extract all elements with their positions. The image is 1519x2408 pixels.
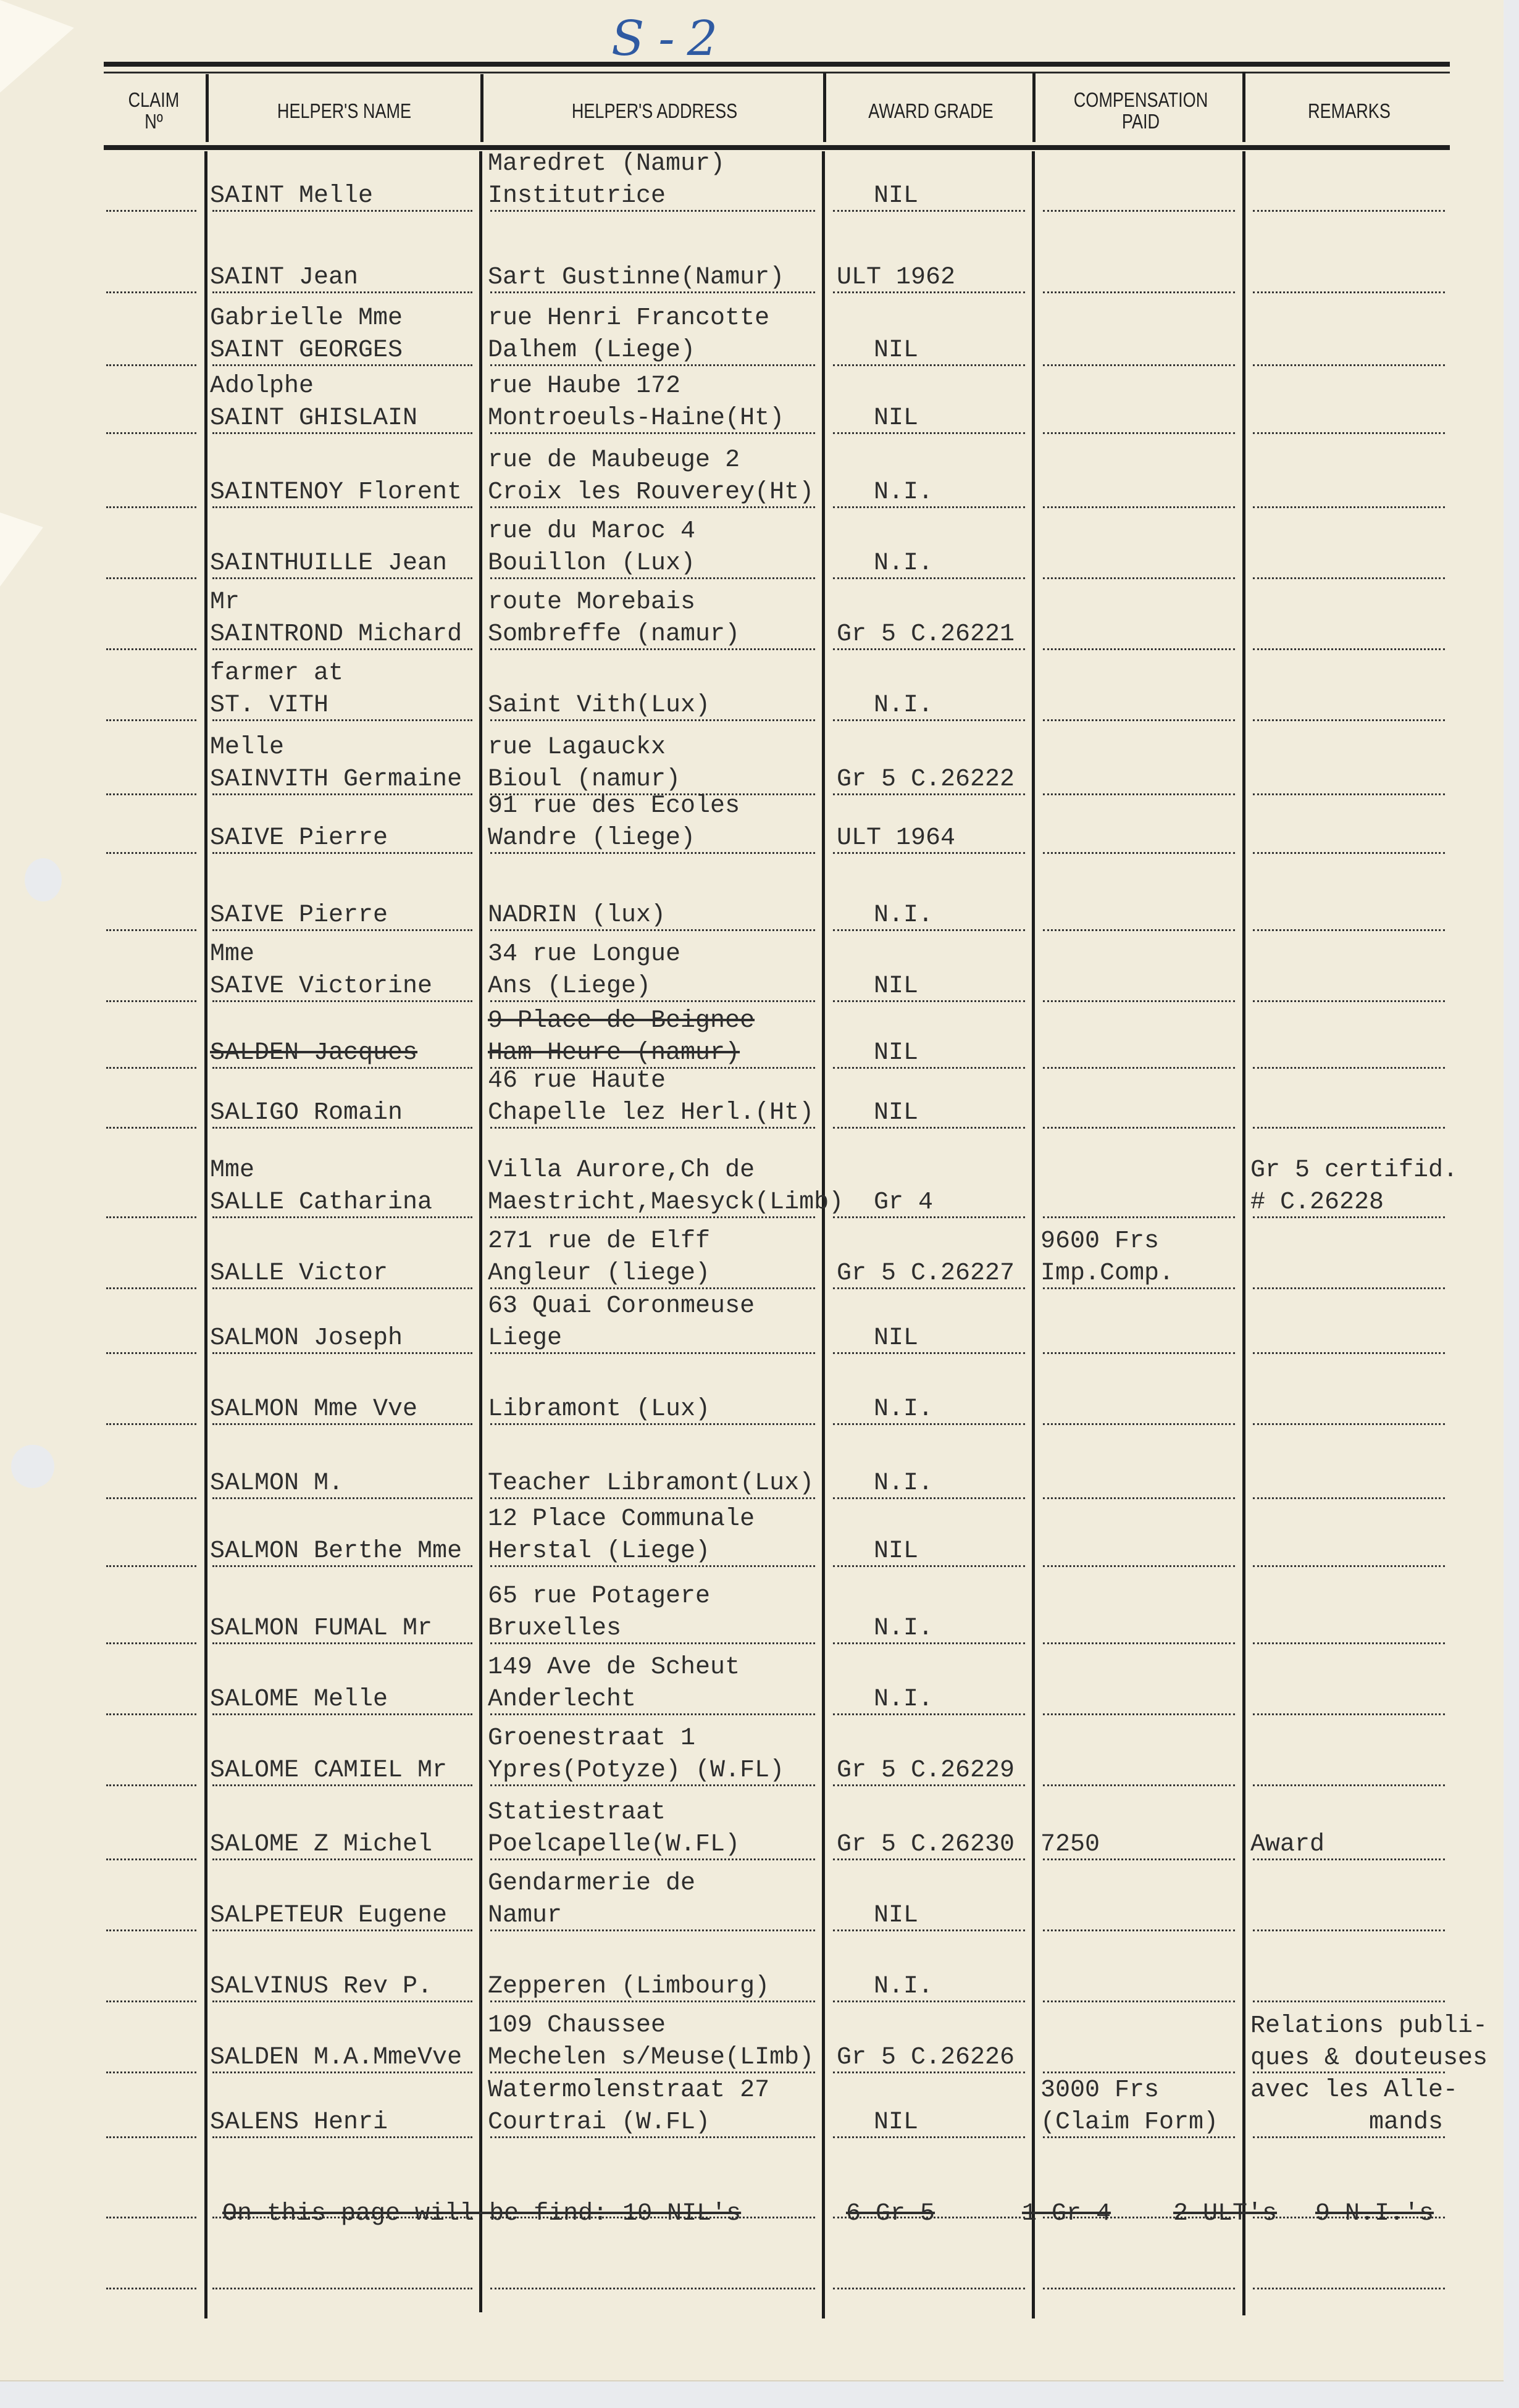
row-rule: [1253, 1929, 1445, 1931]
row-rule: [106, 1565, 196, 1567]
cell-address: Libramont (Lux): [488, 1394, 710, 1426]
column-divider: [479, 151, 482, 2312]
cell-award: N.I.: [874, 1613, 933, 1645]
header-divider: [480, 74, 483, 142]
header-helpers-address: HELPER'S ADDRESS: [516, 77, 794, 145]
row-rule: [106, 2071, 196, 2073]
row-rule: [1043, 1127, 1235, 1129]
summary-ult: 2 ULT's: [1173, 2198, 1277, 2230]
row-rule: [106, 1929, 196, 1931]
cell-address: route Morebais Sombreffe (namur): [488, 587, 740, 651]
row-rule: [106, 1423, 196, 1425]
cell-name: SALMON Joseph: [210, 1323, 403, 1355]
cell-award: N.I.: [874, 477, 933, 509]
row-rule: [1043, 291, 1235, 293]
punch-hole-2: [11, 1445, 54, 1488]
row-rule: [833, 1929, 1025, 1931]
header-divider: [823, 73, 826, 142]
cell-name: SALVINUS Rev P.: [210, 1971, 432, 2003]
cell-name: Gabrielle Mme SAINT GEORGES: [210, 303, 403, 367]
cell-address: 65 rue Potagere Bruxelles: [488, 1581, 710, 1645]
cell-name: Mme SAIVE Victorine: [210, 939, 432, 1003]
cell-award: Gr 5 C.26230: [837, 1829, 1015, 1861]
cell-name: SALMON Berthe Mme: [210, 1536, 462, 1568]
row-rule: [106, 2136, 196, 2138]
cell-address: 149 Ave de Scheut Anderlecht: [488, 1652, 740, 1716]
row-rule: [106, 291, 196, 293]
row-rule: [1043, 1216, 1235, 1218]
row-rule: [1253, 1565, 1445, 1567]
cell-name: Adolphe SAINT GHISLAIN: [210, 370, 417, 435]
header-remarks: REMARKS: [1266, 77, 1433, 145]
row-rule: [106, 1497, 196, 1499]
row-rule: [106, 210, 196, 212]
cell-name: SALENS Henri: [210, 2107, 388, 2139]
column-divider: [822, 151, 825, 2318]
cell-award: NIL: [874, 2107, 918, 2139]
cell-address: Maredret (Namur) Institutrice: [488, 148, 725, 212]
header-helpers-name: HELPER'S NAME: [232, 77, 457, 145]
cell-name: SALOME Melle: [210, 1684, 388, 1716]
row-rule: [106, 1067, 196, 1069]
row-rule: [833, 364, 1025, 366]
bottom-rule: [1043, 2288, 1235, 2289]
row-rule: [833, 210, 1025, 212]
bottom-rule: [212, 2288, 472, 2289]
row-rule: [106, 2000, 196, 2002]
cell-award: Gr 5 C.26226: [837, 2042, 1015, 2074]
cell-address: 91 rue des Ecoles Wandre (liege): [488, 790, 740, 855]
cell-address: 271 rue de Elff Angleur (liege): [488, 1226, 710, 1290]
row-rule: [1043, 719, 1235, 721]
row-rule: [833, 1067, 1025, 1069]
row-rule: [106, 1713, 196, 1715]
row-rule: [1043, 1423, 1235, 1425]
cell-name: SAINT Melle: [210, 180, 373, 212]
summary-gr4: 1 Gr 4: [1022, 2198, 1111, 2230]
cell-award: ULT 1962: [837, 262, 955, 294]
cell-name: Mme SALLE Catharina: [210, 1155, 432, 1219]
cell-address: Villa Aurore,Ch de Maestricht,Maesyck(Li…: [488, 1155, 843, 1219]
row-rule: [1043, 1352, 1235, 1354]
cell-address: Groenestraat 1 Ypres(Potyze) (W.FL): [488, 1723, 784, 1787]
cell-award: N.I.: [874, 1971, 933, 2003]
row-rule: [1253, 648, 1445, 650]
cell-address: Teacher Libramont(Lux): [488, 1468, 814, 1500]
row-rule: [1253, 793, 1445, 795]
cell-award: NIL: [874, 1900, 918, 1932]
cell-address: rue de Maubeuge 2 Croix les Rouverey(Ht): [488, 445, 814, 509]
cell-address: Saint Vith(Lux): [488, 690, 710, 722]
cell-award: ULT 1964: [837, 822, 955, 855]
cell-award: NIL: [874, 1536, 918, 1568]
header-award-grade: AWARD GRADE: [846, 77, 1016, 145]
summary-ni: 9 N.I.'s: [1315, 2198, 1434, 2230]
row-rule: [106, 1858, 196, 1860]
row-rule: [1043, 364, 1235, 366]
row-rule: [1253, 291, 1445, 293]
cell-award: N.I.: [874, 1468, 933, 1500]
cell-remarks: Gr 5 certifid. # C.26228: [1250, 1155, 1458, 1219]
cell-name: SAIVE Pierre: [210, 822, 388, 855]
row-rule: [1253, 719, 1445, 721]
cell-award: Gr 5 C.26222: [837, 764, 1015, 796]
row-rule: [1253, 852, 1445, 854]
cell-compensation: 9600 Frs Imp.Comp.: [1040, 1226, 1174, 1290]
header-divider: [1242, 72, 1245, 142]
row-rule: [1043, 1000, 1235, 1002]
row-rule: [106, 577, 196, 579]
cell-award: N.I.: [874, 900, 933, 932]
row-rule: [106, 506, 196, 508]
cell-name: SALDEN Jacques: [210, 1037, 417, 1069]
row-rule: [1253, 1287, 1445, 1289]
header-bottom-rule: [104, 145, 1450, 150]
bottom-rule: [833, 2288, 1025, 2289]
row-rule: [1043, 1497, 1235, 1499]
punch-hole-1: [25, 858, 62, 901]
row-rule: [106, 432, 196, 434]
row-rule: [1253, 1784, 1445, 1786]
row-rule: [1043, 1642, 1235, 1644]
cell-award: NIL: [874, 403, 918, 435]
row-rule: [106, 1287, 196, 1289]
cell-name: SALDEN M.A.MmeVve: [210, 2042, 462, 2074]
row-rule: [833, 1352, 1025, 1354]
row-rule: [1043, 432, 1235, 434]
row-rule: [1253, 432, 1445, 434]
column-divider: [1242, 151, 1245, 2315]
row-rule: [1253, 210, 1445, 212]
cell-award: NIL: [874, 1037, 918, 1069]
cell-address: rue Lagauckx Bioul (namur): [488, 732, 680, 796]
cell-address: 46 rue Haute Chapelle lez Herl.(Ht): [488, 1065, 814, 1129]
cell-name: SAINTENOY Florent: [210, 477, 462, 509]
row-rule: [1043, 1784, 1235, 1786]
cell-address: rue Henri Francotte Dalhem (Liege): [488, 303, 769, 367]
row-rule: [1043, 506, 1235, 508]
row-rule: [106, 929, 196, 931]
row-rule: [106, 719, 196, 721]
cell-award: Gr 4: [874, 1187, 933, 1219]
torn-corner-top: [0, 0, 74, 93]
cell-award: Gr 5 C.26229: [837, 1755, 1015, 1787]
summary-rule: [106, 2217, 196, 2218]
cell-name: SALPETEUR Eugene: [210, 1900, 447, 1932]
cell-award: NIL: [874, 180, 918, 212]
row-rule: [106, 1642, 196, 1644]
cell-name: SALMON M.: [210, 1468, 343, 1500]
row-rule: [1043, 1713, 1235, 1715]
row-rule: [833, 1565, 1025, 1567]
row-rule: [1253, 1713, 1445, 1715]
row-rule: [1043, 1565, 1235, 1567]
cell-award: NIL: [874, 971, 918, 1003]
row-rule: [1043, 210, 1235, 212]
cell-name: SALMON Mme Vve: [210, 1394, 417, 1426]
torn-edge-mid: [0, 512, 43, 587]
row-rule: [1253, 929, 1445, 931]
row-rule: [1043, 793, 1235, 795]
row-rule: [106, 1216, 196, 1218]
cell-compensation: 7250: [1040, 1829, 1100, 1861]
row-rule: [1043, 1067, 1235, 1069]
row-rule: [1253, 506, 1445, 508]
row-rule: [1043, 1929, 1235, 1931]
cell-name: SALOME Z Michel: [210, 1829, 432, 1861]
row-rule: [106, 1127, 196, 1129]
row-rule: [1043, 577, 1235, 579]
cell-name: SAINT Jean: [210, 262, 358, 294]
cell-name: farmer at ST. VITH: [210, 658, 343, 722]
bottom-rule: [1253, 2288, 1445, 2289]
cell-compensation: 3000 Frs (Claim Form): [1040, 2075, 1218, 2139]
cell-address: 34 rue Longue Ans (Liege): [488, 939, 680, 1003]
cell-address: 12 Place Communale Herstal (Liege): [488, 1503, 755, 1568]
column-divider: [204, 151, 207, 2318]
cell-award: NIL: [874, 1323, 918, 1355]
cell-award: Gr 5 C.26227: [837, 1258, 1015, 1290]
cell-address: Watermolenstraat 27 Courtrai (W.FL): [488, 2075, 769, 2139]
cell-remarks: Award: [1250, 1829, 1324, 1861]
cell-award: N.I.: [874, 690, 933, 722]
cell-award: NIL: [874, 1097, 918, 1129]
row-rule: [1253, 1497, 1445, 1499]
summary-gr5: 6 Gr 5: [846, 2198, 935, 2230]
row-rule: [106, 1000, 196, 1002]
row-rule: [1253, 2000, 1445, 2002]
cell-remarks: Relations publi- ques & douteuses avec l…: [1250, 2010, 1488, 2139]
cell-address: Statiestraat Poelcapelle(W.FL): [488, 1797, 740, 1861]
cell-name: Melle SAINVITH Germaine: [210, 732, 462, 796]
cell-address: 9 Place de Beignee Ham-Heure (namur): [488, 1005, 755, 1069]
cell-address: rue Haube 172 Montroeuls-Haine(Ht): [488, 370, 784, 435]
document-page: S-2 CLAIM Nº HELPER'S NAME HELPER'S ADDR…: [0, 0, 1504, 2381]
cell-name: SAIVE Pierre: [210, 900, 388, 932]
row-rule: [1253, 1352, 1445, 1354]
row-rule: [106, 364, 196, 366]
cell-name: SALIGO Romain: [210, 1097, 403, 1129]
row-rule: [1253, 364, 1445, 366]
summary-text_part1: On this page will be find: 10 NIL's: [222, 2198, 741, 2230]
cell-name: SALOME CAMIEL Mr: [210, 1755, 447, 1787]
cell-address: Zepperen (Limbourg): [488, 1971, 769, 2003]
row-rule: [1253, 1127, 1445, 1129]
row-rule: [106, 1352, 196, 1354]
header-claim-no: CLAIM Nº: [113, 77, 195, 145]
row-rule: [1043, 929, 1235, 931]
row-rule: [1253, 1642, 1445, 1644]
cell-address: Sart Gustinne(Namur): [488, 262, 784, 294]
row-rule: [833, 1127, 1025, 1129]
cell-award: N.I.: [874, 1684, 933, 1716]
bottom-rule: [106, 2288, 196, 2289]
row-rule: [1253, 1067, 1445, 1069]
row-rule: [1043, 648, 1235, 650]
row-rule: [833, 2136, 1025, 2138]
row-rule: [1043, 2000, 1235, 2002]
column-divider: [1032, 151, 1035, 2318]
bottom-rule: [490, 2288, 815, 2289]
cell-name: SAINTHUILLE Jean: [210, 548, 447, 580]
cell-address: 63 Quai Coronmeuse Liege: [488, 1290, 755, 1355]
row-rule: [106, 1784, 196, 1786]
cell-award: N.I.: [874, 548, 933, 580]
row-rule: [1043, 2071, 1235, 2073]
row-rule: [1253, 1000, 1445, 1002]
cell-award: NIL: [874, 335, 918, 367]
row-rule: [1043, 852, 1235, 854]
cell-address: rue du Maroc 4 Bouillon (Lux): [488, 516, 695, 580]
row-rule: [106, 648, 196, 650]
top-rule-thick: [104, 62, 1450, 67]
cell-name: SALMON FUMAL Mr: [210, 1613, 432, 1645]
top-rule-thin: [104, 72, 1450, 73]
row-rule: [106, 852, 196, 854]
header-compensation-paid: COMPENSATION PAID: [1056, 77, 1226, 145]
row-rule: [106, 793, 196, 795]
row-rule: [1253, 1423, 1445, 1425]
cell-address: 109 Chaussee Mechelen s/Meuse(LImb): [488, 2010, 814, 2074]
cell-award: Gr 5 C.26221: [837, 619, 1015, 651]
row-rule: [1253, 577, 1445, 579]
cell-address: Gendarmerie de Namur: [488, 1868, 695, 1932]
cell-name: Mr SAINTROND Michard: [210, 587, 462, 651]
header-divider: [206, 74, 209, 142]
cell-award: N.I.: [874, 1394, 933, 1426]
row-rule: [833, 1000, 1025, 1002]
cell-address: NADRIN (lux): [488, 900, 666, 932]
header-divider: [1032, 73, 1036, 142]
row-rule: [833, 432, 1025, 434]
cell-name: SALLE Victor: [210, 1258, 388, 1290]
handwritten-label: S-2: [611, 11, 730, 67]
